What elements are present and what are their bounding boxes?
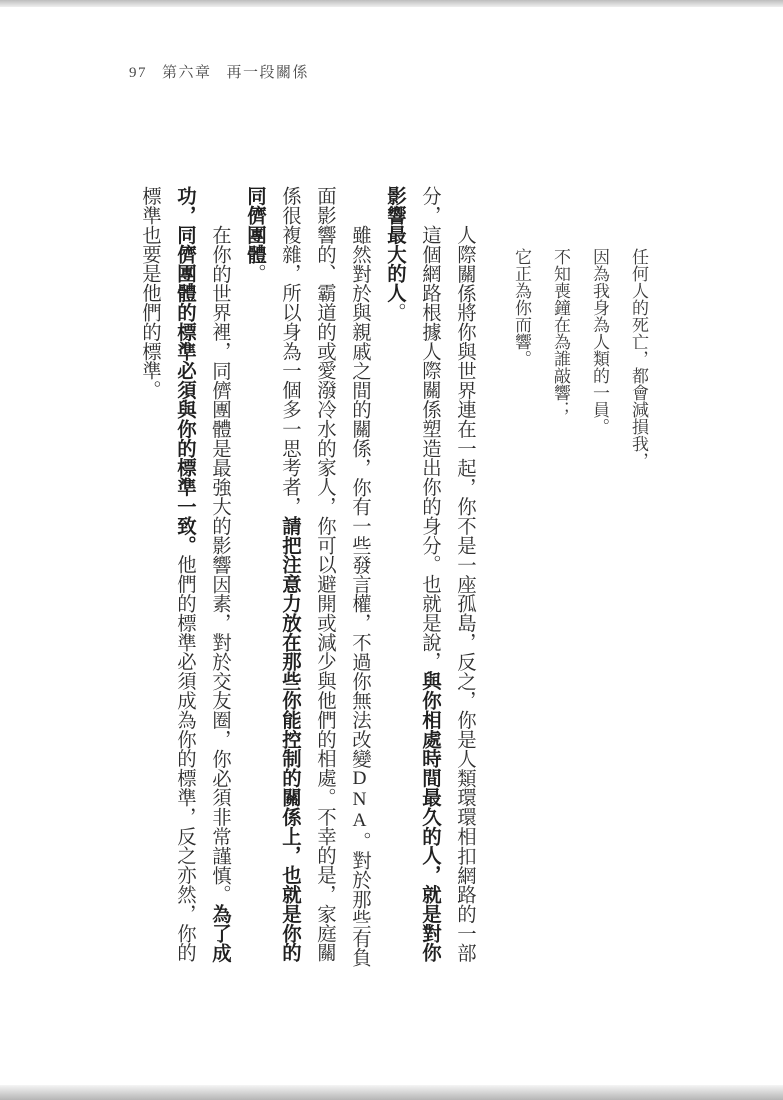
text-run: 。 — [384, 302, 405, 321]
page-edge-top — [0, 0, 783, 7]
chapter-label: 第六章 — [162, 65, 212, 81]
epigraph: 任何人的死亡，都會減損我， 因為我身為人類的一員。 不知喪鐘在為誰敲響； 它正為… — [500, 248, 658, 482]
page-number: 97 — [129, 65, 147, 81]
text-run: 。 — [244, 264, 265, 283]
epigraph-line-2: 因為我身為人類的一員。 — [580, 248, 619, 482]
paragraph-2: 雖然對於與親戚之間的關係，你有一些發言權，不過你無法改變DNA。對於那些有負面影… — [237, 186, 377, 972]
page-edge-bottom — [0, 1085, 783, 1100]
chapter-title: 再一段關係 — [227, 65, 310, 81]
paragraph-3: 在你的世界裡，同儕團體是最強大的影響因素，對於交友圈，你必須非常謹慎。為了成功，… — [132, 186, 237, 972]
epigraph-line-3: 不知喪鐘在為誰敲響； — [541, 248, 580, 482]
running-header: 97第六章再一段關係 — [129, 61, 309, 82]
text-run: 在你的世界裡，同儕團體是最強大的影響因素，對於交友圈，你必須非常謹慎。 — [209, 225, 230, 904]
epigraph-line-4: 它正為你而響。 — [502, 248, 541, 482]
body-text: 人際關係將你與世界連在一起，你不是一座孤島，反之，你是人類環環相扣網路的一部分，… — [130, 186, 482, 972]
paragraph-1: 人際關係將你與世界連在一起，你不是一座孤島，反之，你是人類環環相扣網路的一部分，… — [377, 186, 482, 972]
book-page: 97第六章再一段關係 任何人的死亡，都會減損我， 因為我身為人類的一員。 不知喪… — [0, 0, 783, 1100]
epigraph-line-1: 任何人的死亡，都會減損我， — [619, 248, 658, 482]
